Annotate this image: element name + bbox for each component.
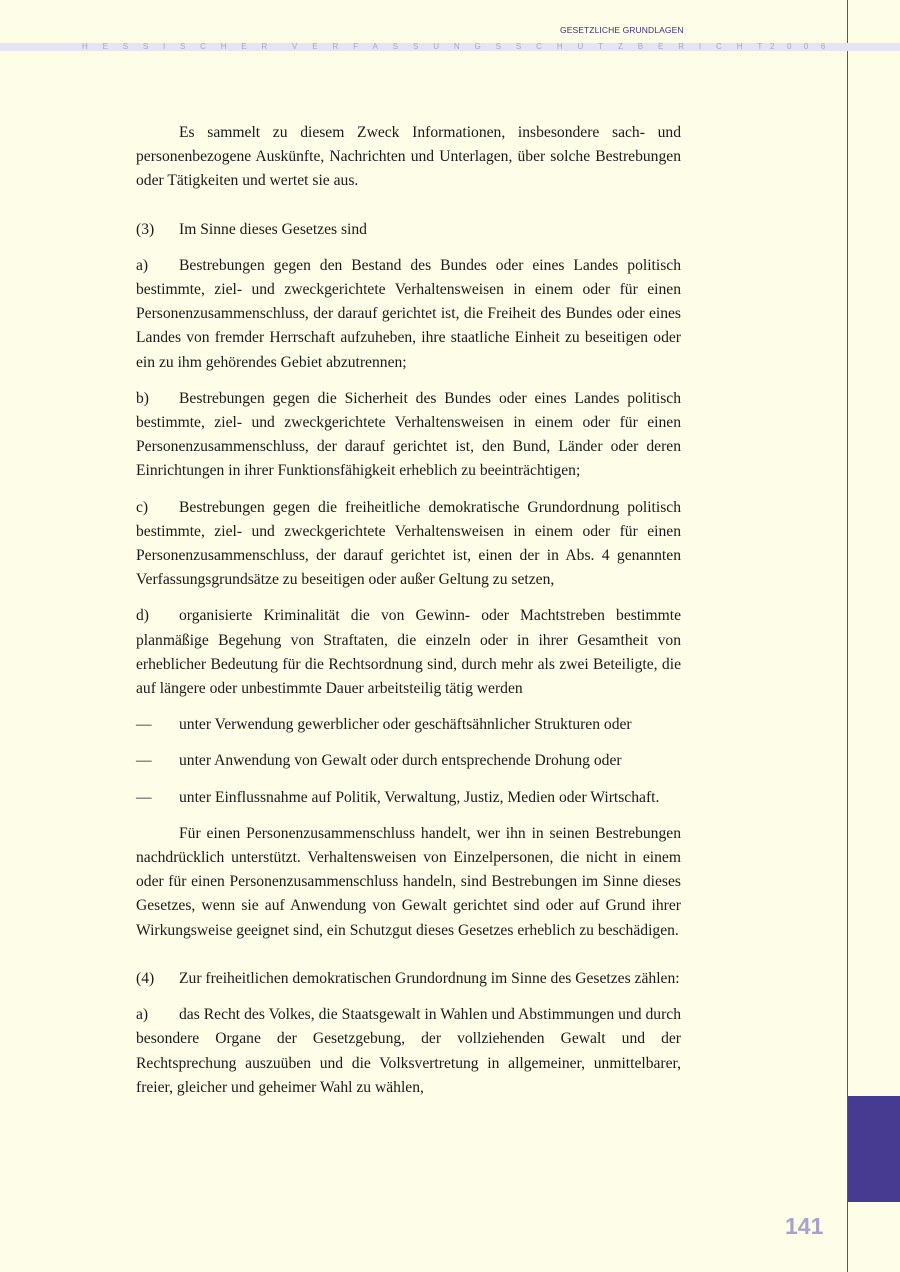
- list-item-3d: d)organisierte Kriminalität die von Gewi…: [136, 604, 681, 701]
- dash-item: —unter Anwendung von Gewalt oder durch e…: [136, 749, 681, 773]
- item-text: Bestrebungen gegen die freiheitliche dem…: [136, 499, 681, 589]
- item-label: c): [136, 496, 179, 520]
- dash-bullet-icon: —: [136, 749, 179, 773]
- dash-item: —unter Verwendung gewerblicher oder gesc…: [136, 713, 681, 737]
- running-header-word: VERFASSUNGSSCHUTZBERICHT: [292, 42, 777, 52]
- section-title: GESETZLICHE GRUNDLAGEN: [560, 25, 684, 35]
- page-margin-rule: [847, 0, 848, 1272]
- item-text: Bestrebungen gegen die Sicherheit des Bu…: [136, 390, 681, 480]
- list-item-3a: a)Bestrebungen gegen den Bestand des Bun…: [136, 254, 681, 375]
- running-header-word: HESSISCHER: [82, 42, 282, 52]
- page-number: 141: [785, 1213, 823, 1240]
- item-label: a): [136, 1003, 179, 1027]
- item-text: unter Anwendung von Gewalt oder durch en…: [179, 752, 622, 769]
- dash-item: —unter Einflussnahme auf Politik, Verwal…: [136, 786, 681, 810]
- paragraph-3-heading: (3)Im Sinne dieses Gesetzes sind: [136, 218, 681, 242]
- list-item-3b: b)Bestrebungen gegen die Sicherheit des …: [136, 387, 681, 484]
- item-text: das Recht des Volkes, die Staatsgewalt i…: [136, 1006, 681, 1096]
- paragraph-label: (4): [136, 967, 179, 991]
- list-item-4a: a)das Recht des Volkes, die Staatsgewalt…: [136, 1003, 681, 1100]
- closing-paragraph: Für einen Personenzusammenschluss handel…: [136, 822, 681, 943]
- paragraph-text: Zur freiheitlichen demokratischen Grundo…: [179, 970, 680, 987]
- item-text: unter Einflussnahme auf Politik, Verwalt…: [179, 789, 659, 806]
- intro-paragraph: Es sammelt zu diesem Zweck Informationen…: [136, 121, 681, 194]
- item-text: Bestrebungen gegen den Bestand des Bunde…: [136, 257, 681, 371]
- paragraph-4-heading: (4)Zur freiheitlichen demokratischen Gru…: [136, 967, 681, 991]
- dash-bullet-icon: —: [136, 786, 179, 810]
- paragraph-text: Im Sinne dieses Gesetzes sind: [179, 221, 367, 238]
- paragraph-label: (3): [136, 218, 179, 242]
- list-item-3c: c)Bestrebungen gegen die freiheitliche d…: [136, 496, 681, 593]
- chapter-thumb-tab: [848, 1096, 900, 1202]
- dash-bullet-icon: —: [136, 713, 179, 737]
- item-text: unter Verwendung gewerblicher oder gesch…: [179, 716, 632, 733]
- document-body: Es sammelt zu diesem Zweck Informationen…: [136, 121, 681, 1100]
- item-label: b): [136, 387, 179, 411]
- item-label: d): [136, 604, 179, 628]
- running-header-year: 2006: [770, 42, 838, 52]
- item-text: organisierte Kriminalität die von Gewinn…: [136, 607, 681, 697]
- item-label: a): [136, 254, 179, 278]
